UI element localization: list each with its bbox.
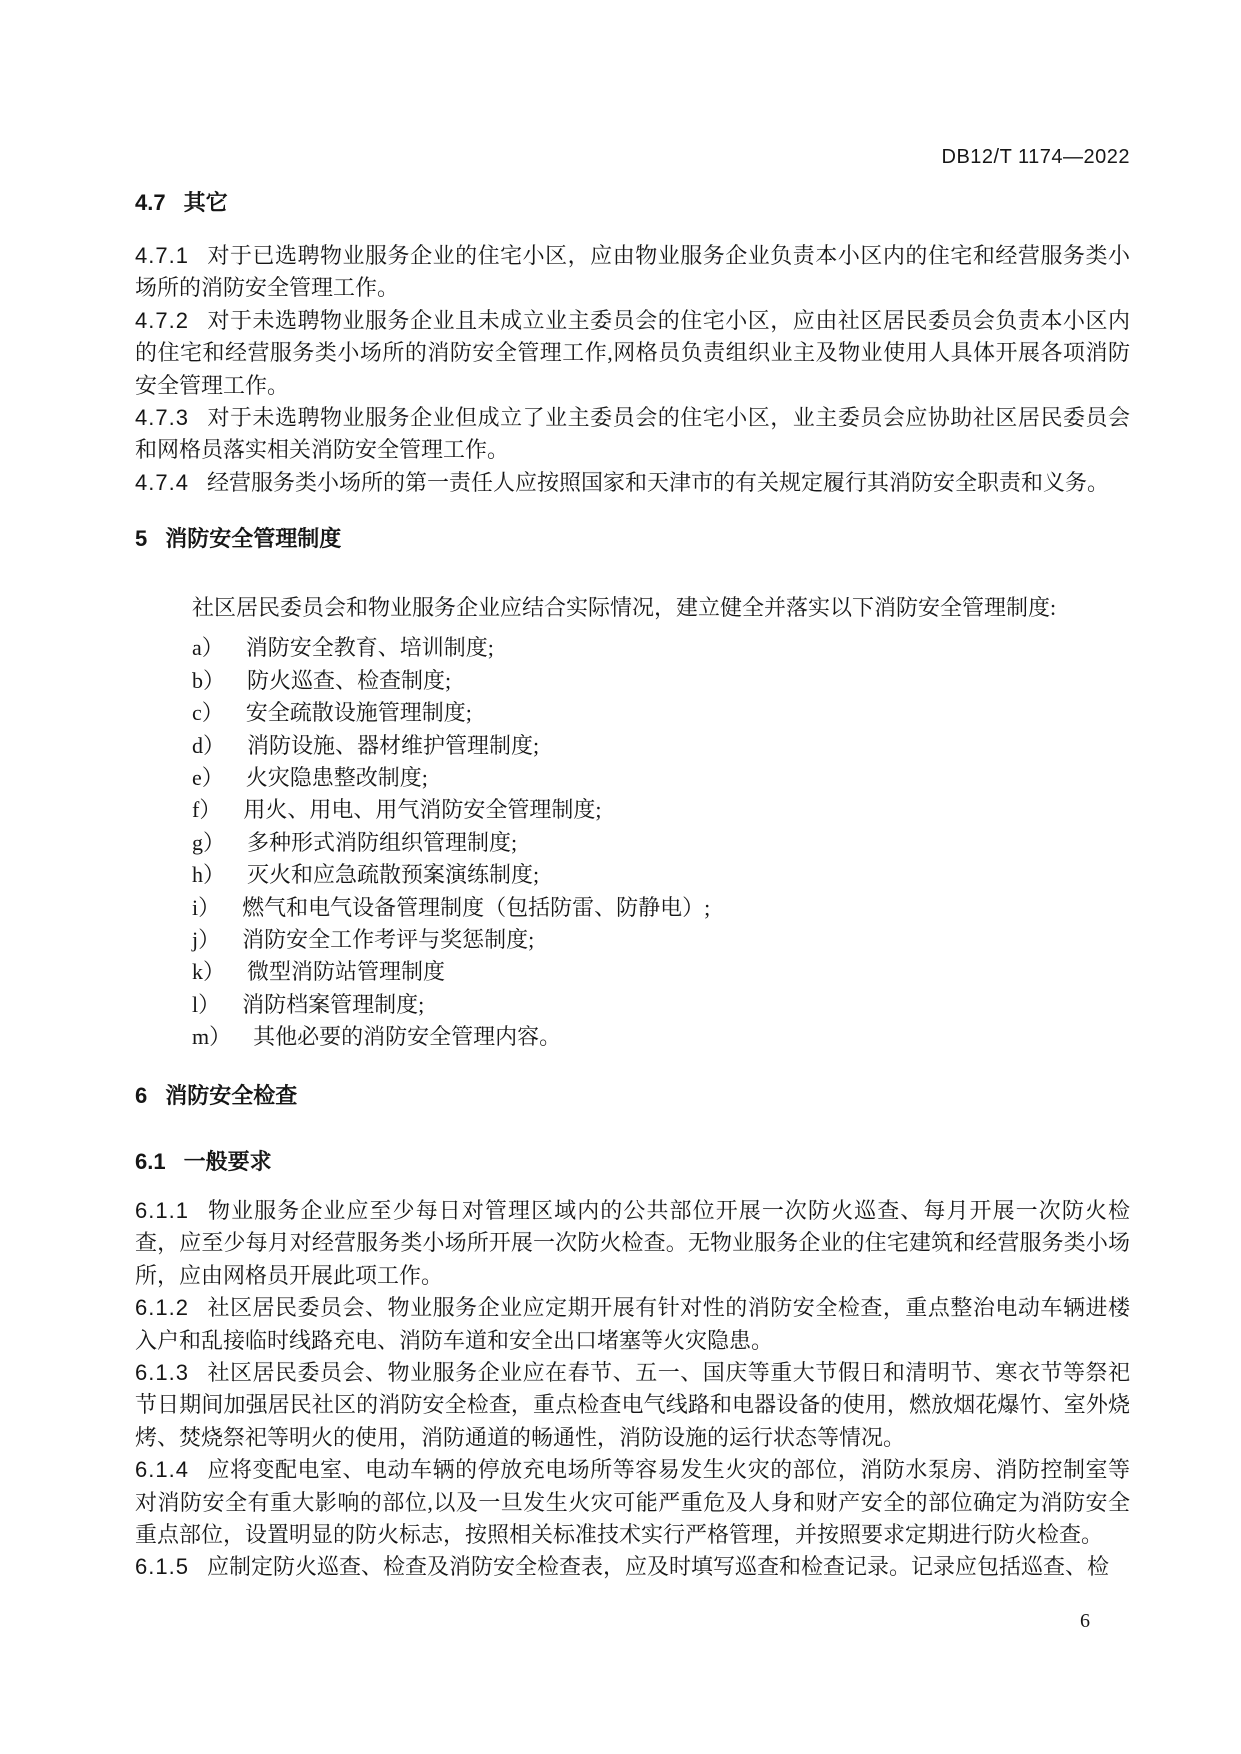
list-item: j）消防安全工作考评与奖惩制度; xyxy=(135,924,1130,956)
clause-text: 对于未选聘物业服务企业但成立了业主委员会的住宅小区，业主委员会应协助社区居民委员… xyxy=(135,405,1130,462)
list-item: k）微型消防站管理制度 xyxy=(135,956,1130,988)
heading-title: 一般要求 xyxy=(184,1149,272,1174)
list-item-text: 安全疏散设施管理制度; xyxy=(246,700,472,725)
list-item: a）消防安全教育、培训制度; xyxy=(135,632,1130,664)
management-system-list: a）消防安全教育、培训制度; b）防火巡查、检查制度; c）安全疏散设施管理制度… xyxy=(135,632,1130,1053)
list-item: m）其他必要的消防安全管理内容。 xyxy=(135,1021,1130,1053)
list-item: g）多种形式消防组织管理制度; xyxy=(135,827,1130,859)
page-header: DB12/T 1174—2022 xyxy=(135,146,1130,169)
clause-number: 6.1.5 xyxy=(135,1554,189,1579)
list-item-label: e） xyxy=(192,765,224,790)
list-item: c）安全疏散设施管理制度; xyxy=(135,697,1130,729)
list-item-text: 消防设施、器材维护管理制度; xyxy=(247,733,539,758)
heading-6-1: 6.1一般要求 xyxy=(135,1149,1130,1175)
clause-text: 应制定防火巡查、检查及消防安全检查表，应及时填写巡查和检查记录。记录应包括巡查、… xyxy=(207,1554,1109,1579)
doc-code: DB12/T 1174—2022 xyxy=(942,146,1131,168)
list-item-label: b） xyxy=(192,668,225,693)
list-item-label: i） xyxy=(192,895,220,920)
list-item-label: c） xyxy=(192,700,224,725)
list-item-text: 燃气和电气设备管理制度（包括防雷、防静电）; xyxy=(242,895,710,920)
heading-title: 其它 xyxy=(184,190,228,215)
clause: 4.7.3对于未选聘物业服务企业但成立了业主委员会的住宅小区，业主委员会应协助社… xyxy=(135,402,1130,467)
list-item: d）消防设施、器材维护管理制度; xyxy=(135,730,1130,762)
list-item-label: g） xyxy=(192,830,225,855)
clause: 4.7.4经营服务类小场所的第一责任人应按照国家和天津市的有关规定履行其消防安全… xyxy=(135,467,1130,499)
list-item-label: f） xyxy=(192,797,221,822)
section-5-body: 社区居民委员会和物业服务企业应结合实际情况，建立健全并落实以下消防安全管理制度:… xyxy=(135,592,1130,1054)
clause-number: 4.7.4 xyxy=(135,470,189,495)
clause-text: 对于已选聘物业服务企业的住宅小区，应由物业服务企业负责本小区内的住宅和经营服务类… xyxy=(135,243,1130,300)
clause-number: 6.1.2 xyxy=(135,1295,189,1320)
list-item-text: 防火巡查、检查制度; xyxy=(247,668,451,693)
list-item-text: 灭火和应急疏散预案演练制度; xyxy=(247,862,539,887)
list-item-label: k） xyxy=(192,959,225,984)
page-number: 6 xyxy=(1080,1610,1090,1633)
list-item: l）消防档案管理制度; xyxy=(135,989,1130,1021)
list-item-text: 消防安全教育、培训制度; xyxy=(246,635,494,660)
clauses-6-1: 6.1.1物业服务企业应至少每日对管理区域内的公共部位开展一次防火巡查、每月开展… xyxy=(135,1195,1130,1584)
list-item-label: a） xyxy=(192,635,224,660)
heading-number: 6.1 xyxy=(135,1149,166,1174)
clause-text: 物业服务企业应至少每日对管理区域内的公共部位开展一次防火巡查、每月开展一次防火检… xyxy=(135,1198,1130,1288)
list-item-text: 消防档案管理制度; xyxy=(242,992,424,1017)
heading-number: 6 xyxy=(135,1083,147,1108)
clause: 4.7.2对于未选聘物业服务企业且未成立业主委员会的住宅小区，应由社区居民委员会… xyxy=(135,305,1130,402)
clause-number: 4.7.3 xyxy=(135,405,189,430)
clause: 6.1.1物业服务企业应至少每日对管理区域内的公共部位开展一次防火巡查、每月开展… xyxy=(135,1195,1130,1292)
clause-text: 对于未选聘物业服务企业且未成立业主委员会的住宅小区，应由社区居民委员会负责本小区… xyxy=(135,308,1130,398)
clause-text: 应将变配电室、电动车辆的停放充电场所等容易发生火灾的部位，消防水泵房、消防控制室… xyxy=(135,1457,1130,1547)
list-item-label: j） xyxy=(192,927,220,952)
list-item: e）火灾隐患整改制度; xyxy=(135,762,1130,794)
list-item-text: 其他必要的消防安全管理内容。 xyxy=(253,1024,561,1049)
heading-number: 4.7 xyxy=(135,190,166,215)
list-item: i）燃气和电气设备管理制度（包括防雷、防静电）; xyxy=(135,892,1130,924)
clause-text: 经营服务类小场所的第一责任人应按照国家和天津市的有关规定履行其消防安全职责和义务… xyxy=(207,470,1109,495)
clauses-4-7: 4.7.1对于已选聘物业服务企业的住宅小区，应由物业服务企业负责本小区内的住宅和… xyxy=(135,240,1130,499)
list-item-label: d） xyxy=(192,733,225,758)
list-item: h）灭火和应急疏散预案演练制度; xyxy=(135,859,1130,891)
clause-number: 6.1.3 xyxy=(135,1360,189,1385)
clause-number: 6.1.4 xyxy=(135,1457,189,1482)
list-item-label: l） xyxy=(192,992,220,1017)
heading-5: 5消防安全管理制度 xyxy=(135,526,1130,552)
clause-number: 4.7.2 xyxy=(135,308,189,333)
clause: 6.1.4应将变配电室、电动车辆的停放充电场所等容易发生火灾的部位，消防水泵房、… xyxy=(135,1454,1130,1551)
list-item-text: 用火、用电、用气消防安全管理制度; xyxy=(243,797,601,822)
heading-6: 6消防安全检查 xyxy=(135,1083,1130,1109)
clause: 4.7.1对于已选聘物业服务企业的住宅小区，应由物业服务企业负责本小区内的住宅和… xyxy=(135,240,1130,305)
list-item: f）用火、用电、用气消防安全管理制度; xyxy=(135,794,1130,826)
clause: 6.1.5应制定防火巡查、检查及消防安全检查表，应及时填写巡查和检查记录。记录应… xyxy=(135,1551,1130,1583)
list-item-label: m） xyxy=(192,1024,231,1049)
list-item-text: 火灾隐患整改制度; xyxy=(246,765,428,790)
list-item: b）防火巡查、检查制度; xyxy=(135,665,1130,697)
document-page: DB12/T 1174—2022 4.7其它 4.7.1对于已选聘物业服务企业的… xyxy=(0,0,1241,1754)
clause-number: 6.1.1 xyxy=(135,1198,189,1223)
heading-number: 5 xyxy=(135,526,147,551)
clause-number: 4.7.1 xyxy=(135,243,189,268)
heading-4-7: 4.7其它 xyxy=(135,190,1130,216)
clause-text: 社区居民委员会、物业服务企业应定期开展有针对性的消防安全检查，重点整治电动车辆进… xyxy=(135,1295,1130,1352)
clause: 6.1.2社区居民委员会、物业服务企业应定期开展有针对性的消防安全检查，重点整治… xyxy=(135,1292,1130,1357)
list-item-text: 多种形式消防组织管理制度; xyxy=(247,830,517,855)
heading-title: 消防安全检查 xyxy=(165,1083,297,1108)
list-item-label: h） xyxy=(192,862,225,887)
list-item-text: 微型消防站管理制度 xyxy=(247,959,445,984)
list-item-text: 消防安全工作考评与奖惩制度; xyxy=(242,927,534,952)
clause: 6.1.3社区居民委员会、物业服务企业应在春节、五一、国庆等重大节假日和清明节、… xyxy=(135,1357,1130,1454)
heading-title: 消防安全管理制度 xyxy=(165,526,341,551)
clause-text: 社区居民委员会、物业服务企业应在春节、五一、国庆等重大节假日和清明节、寒衣节等祭… xyxy=(135,1360,1130,1450)
section-5-intro: 社区居民委员会和物业服务企业应结合实际情况，建立健全并落实以下消防安全管理制度: xyxy=(135,592,1130,624)
